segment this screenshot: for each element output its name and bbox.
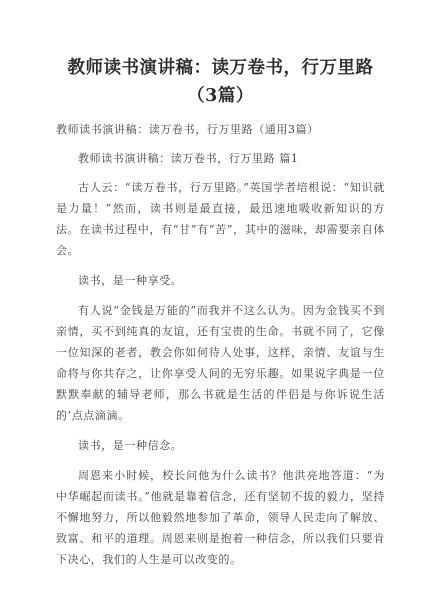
document-subtitle: 教师读书演讲稿：读万卷书，行万里路（通用3篇） bbox=[56, 122, 385, 137]
section-heading-part-1: 教师读书演讲稿：读万卷书，行万里路 篇1 bbox=[56, 151, 385, 166]
paragraph-money-vs-books: 有人说“金钱是万能的”而我并不这么认为。因为金钱买不到亲情，买不到纯真的友谊，还… bbox=[56, 300, 385, 426]
paragraph-reading-enjoyment: 读书，是一种享受。 bbox=[56, 270, 385, 291]
paragraph-reading-belief: 读书，是一种信念。 bbox=[56, 435, 385, 456]
document-page: 教师读书演讲稿：读万卷书，行万里路（3篇） 教师读书演讲稿：读万卷书，行万里路（… bbox=[0, 0, 424, 600]
paragraph-intro: 古人云：“读万卷书，行万里路。”英国学者培根说：“知识就是力量！”然而，读书则是… bbox=[56, 177, 385, 261]
paragraph-zhou-enlai: 周恩来小时候，校长问他为什么读书？他洪亮地答道：“为中华崛起而读书。”他就是靠着… bbox=[56, 465, 385, 570]
document-title: 教师读书演讲稿：读万卷书，行万里路（3篇） bbox=[56, 54, 385, 110]
